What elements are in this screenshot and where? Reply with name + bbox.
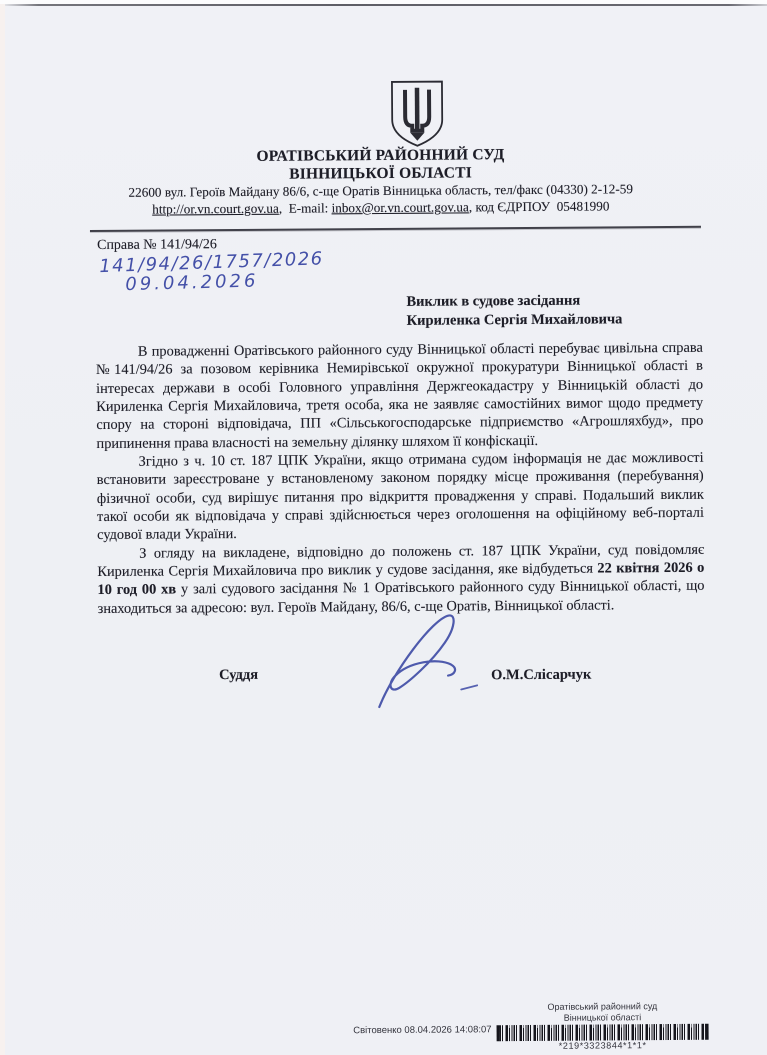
scanned-court-summons-page: ОРАТІВСЬКИЙ РАЙОННИЙ СУД ВІННИЦЬКОЇ ОБЛА… — [0, 0, 767, 1055]
case-number: Справа № 141/94/26 — [97, 237, 217, 254]
judge-signature-autograph — [357, 607, 498, 716]
document-content: ОРАТІВСЬКИЙ РАЙОННИЙ СУД ВІННИЦЬКОЇ ОБЛА… — [0, 0, 767, 1055]
header-divider-rule — [90, 226, 701, 232]
court-contact-line: http://or.vn.court.gov.ua, E-mail: inbox… — [56, 198, 706, 219]
judge-name: О.М.Слісарчук — [491, 667, 591, 685]
paragraph-legal-basis: Згідно з ч. 10 ст. 187 ЦПК України, якщо… — [97, 449, 705, 545]
document-title: Виклик в судове засідання Кириленка Серг… — [406, 291, 622, 330]
paragraph-case-description: В провадженні Оратівського районного суд… — [96, 339, 704, 453]
barcode-number: *219*3323844*1*1* — [497, 1040, 709, 1052]
paragraph-summons: З огляду на викладене, відповідно до пол… — [97, 541, 704, 619]
edrpou-code: , код ЄДРПОУ 05481990 — [469, 198, 610, 214]
email-label: , E-mail: — [279, 200, 332, 215]
stamp-court-name-line2: Вінницької області — [496, 1011, 708, 1023]
judge-label: Суддя — [219, 667, 258, 684]
court-barcode-stamp: Оратівський районний суд Вінницької обла… — [496, 1001, 708, 1052]
registration-operator-timestamp: Світовенко 08.04.2026 14:08:07 — [282, 1024, 492, 1036]
document-title-line1: Виклик в судове засідання — [406, 291, 622, 311]
document-barcode — [497, 1024, 709, 1041]
letter-body: В провадженні Оратівського районного суд… — [96, 339, 705, 618]
court-website-link: http://or.vn.court.gov.ua — [152, 201, 279, 217]
court-name-heading: ОРАТІВСЬКИЙ РАЙОННИЙ СУД ВІННИЦЬКОЇ ОБЛА… — [82, 145, 678, 185]
document-title-line2: Кириленка Сергія Михайловича — [407, 310, 623, 330]
handwritten-date: 09.04.2026 — [125, 270, 259, 295]
ukraine-trident-emblem-icon — [388, 79, 446, 149]
court-email-link: inbox@or.vn.court.gov.ua — [332, 199, 469, 215]
